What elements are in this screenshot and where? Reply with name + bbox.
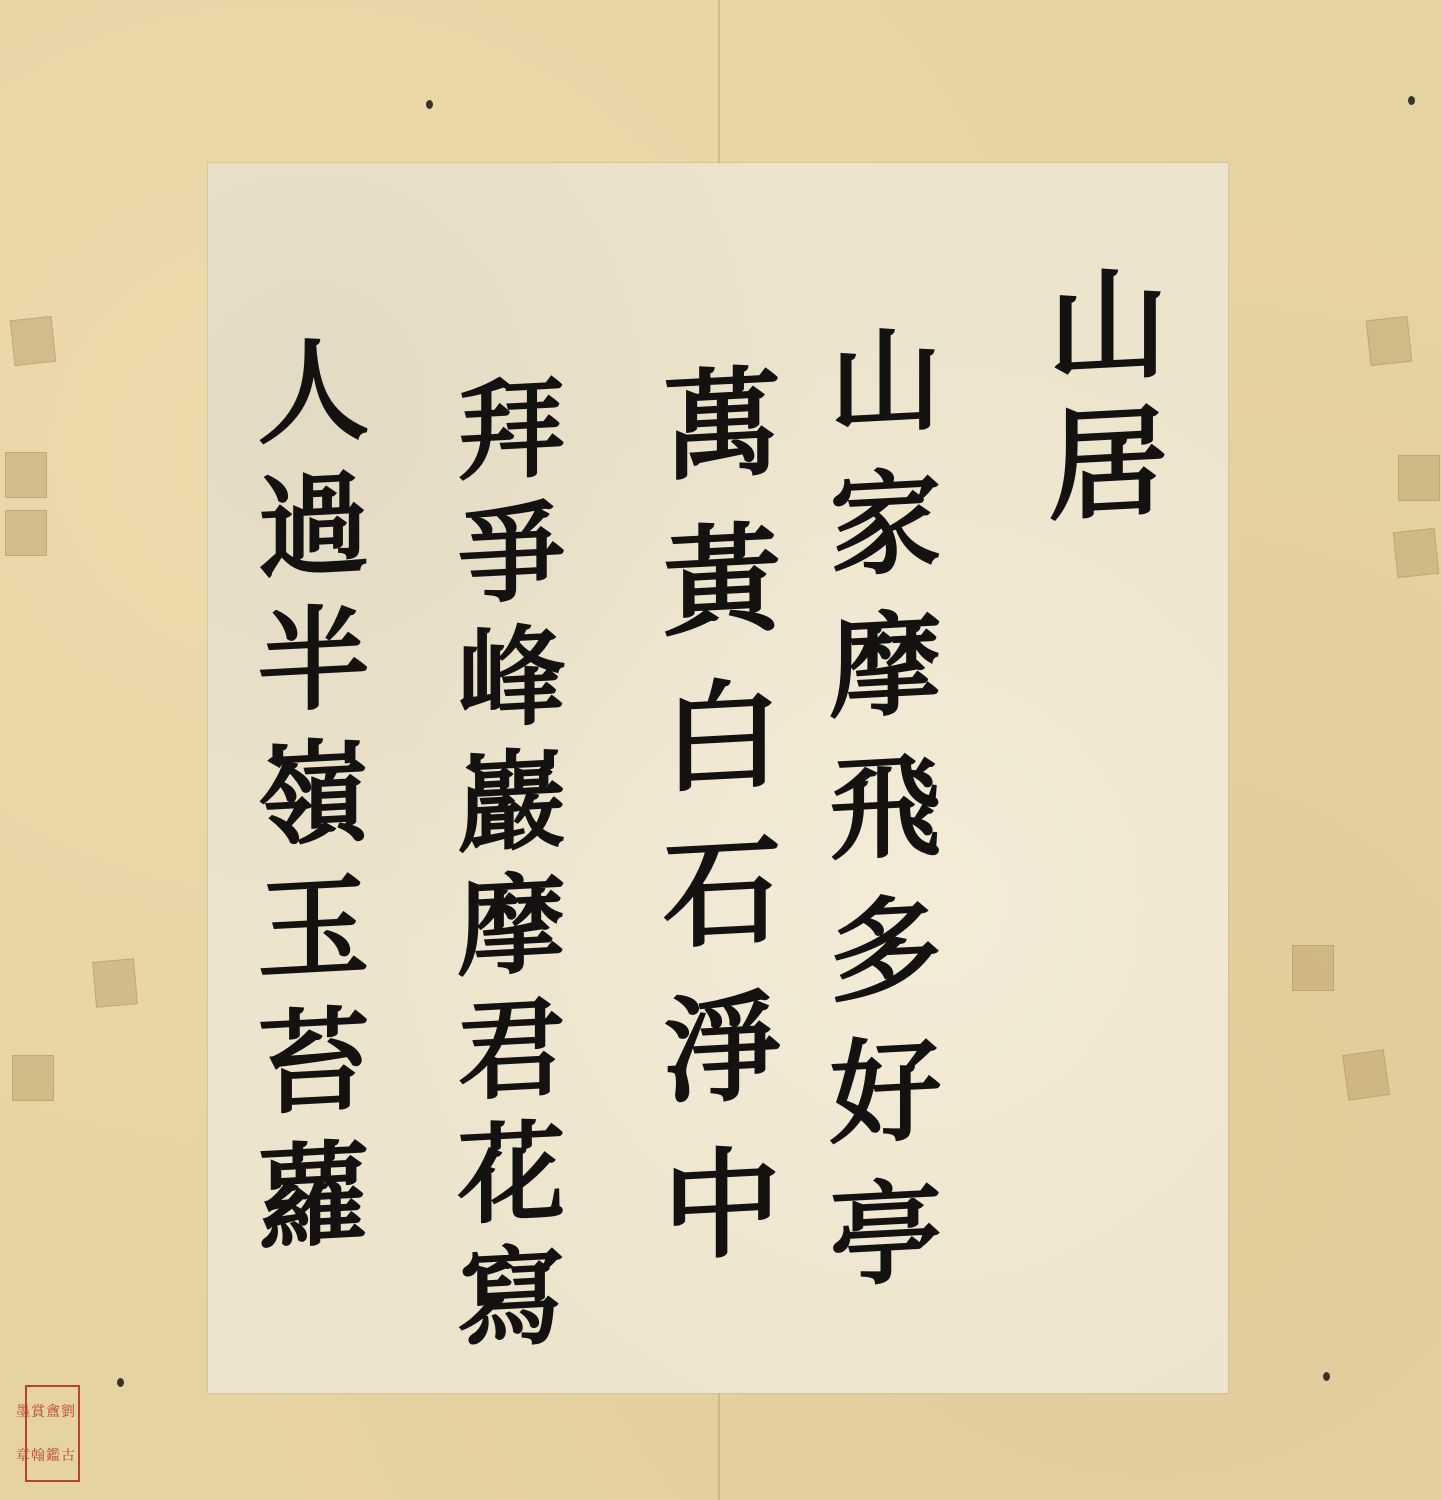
seal-char: 古 bbox=[61, 1434, 75, 1477]
hinge-tab bbox=[92, 958, 138, 1007]
hinge-tab bbox=[12, 1055, 54, 1101]
hinge-tab bbox=[10, 316, 57, 366]
hinge-tab bbox=[1342, 1049, 1390, 1100]
mounting-paper: 山居 山家摩飛多好亭 萬黃白石淨中 拜爭峰巖摩君花寫 人過半嶺玉苔蘿 劉 古 盦… bbox=[0, 0, 1441, 1500]
seal-char: 賞 bbox=[31, 1390, 45, 1433]
calligraphy-paper: 山居 山家摩飛多好亭 萬黃白石淨中 拜爭峰巖摩君花寫 人過半嶺玉苔蘿 bbox=[208, 163, 1228, 1393]
title-column: 山居 bbox=[1038, 260, 1158, 542]
seal-char: 鑑 bbox=[46, 1434, 60, 1477]
seal-char: 墨 bbox=[16, 1390, 30, 1433]
text-column-5: 人過半嶺玉苔蘿 bbox=[248, 330, 360, 1274]
hinge-tab bbox=[5, 510, 47, 556]
seal-char: 盦 bbox=[46, 1390, 60, 1433]
hinge-tab bbox=[1366, 316, 1413, 366]
pin-hole bbox=[117, 1378, 124, 1387]
seal-char: 翰 bbox=[31, 1434, 45, 1477]
hinge-tab bbox=[1393, 528, 1440, 578]
pin-hole bbox=[426, 100, 433, 109]
seal-char: 劉 bbox=[61, 1390, 75, 1433]
hinge-tab bbox=[5, 452, 47, 498]
pin-hole bbox=[1323, 1372, 1330, 1381]
text-column-3: 萬黃白石淨中 bbox=[653, 360, 771, 1302]
text-column-4: 拜爭峰巖摩君花寫 bbox=[448, 370, 556, 1368]
pin-hole bbox=[1408, 96, 1415, 105]
collector-seal: 劉 古 盦 鑑 賞 翰 墨 章 bbox=[25, 1385, 80, 1482]
text-column-2: 山家摩飛多好亭 bbox=[820, 320, 932, 1320]
hinge-tab bbox=[1292, 945, 1334, 991]
hinge-tab bbox=[1398, 455, 1440, 501]
seal-char: 章 bbox=[16, 1434, 30, 1477]
